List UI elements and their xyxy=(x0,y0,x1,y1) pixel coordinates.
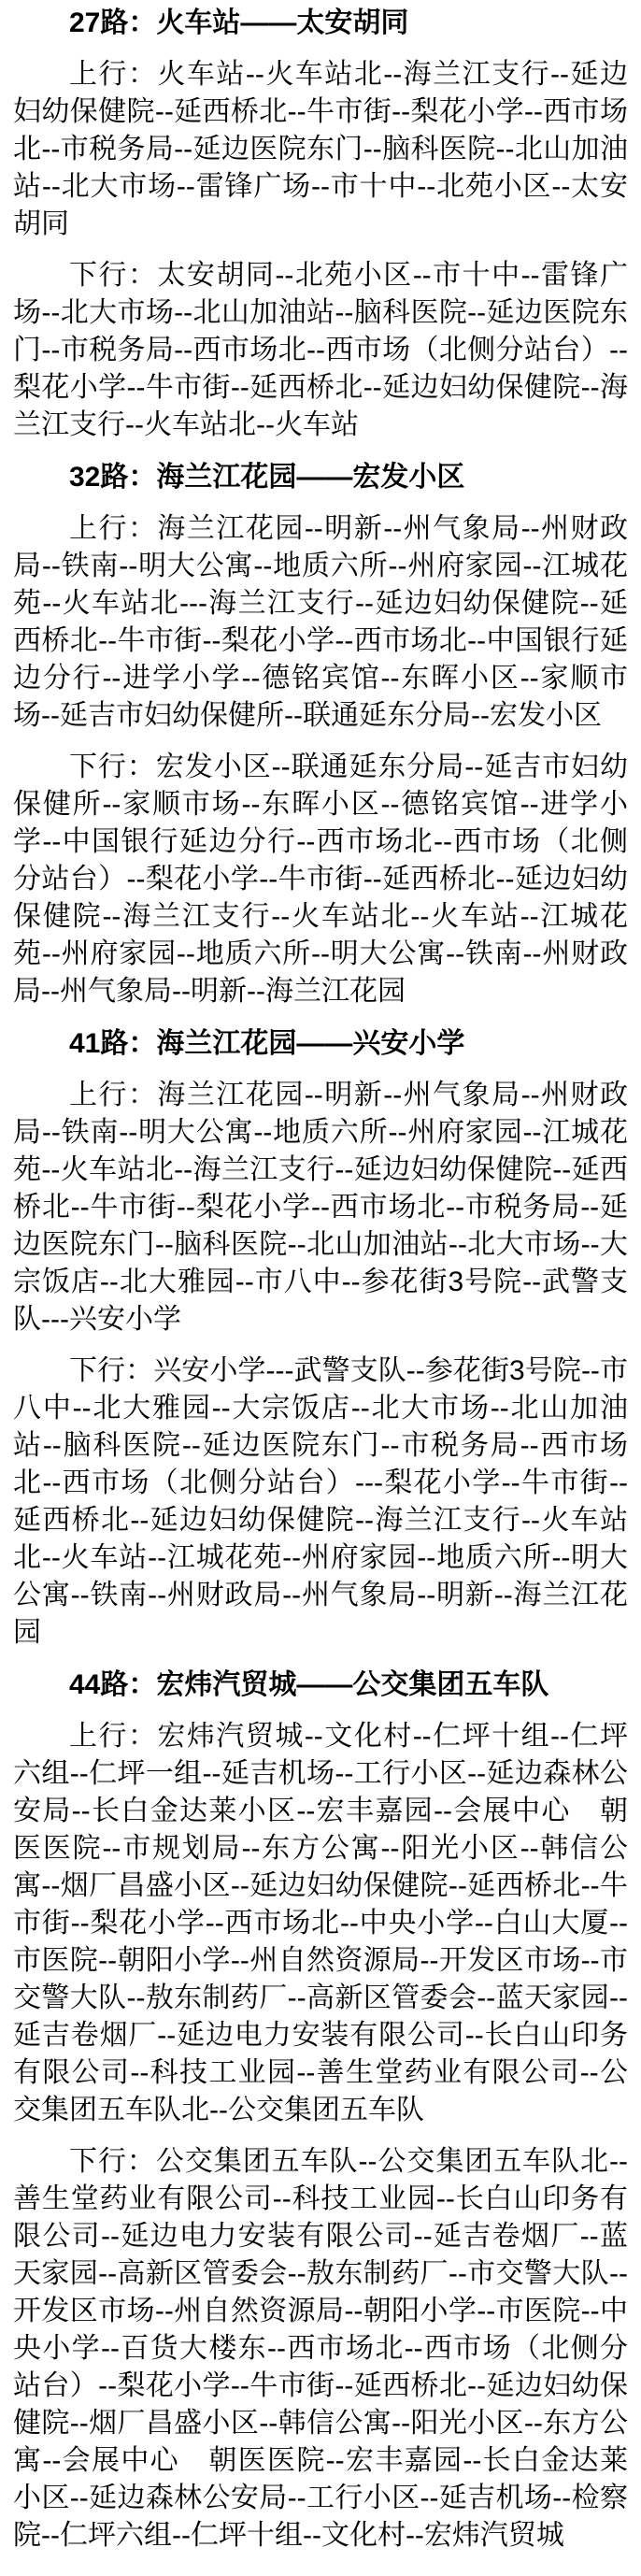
route-section-32: 32路：海兰江花园——宏发小区 上行：海兰江花园--明新--州气象局--州财政局… xyxy=(13,459,628,1010)
route-title-27: 27路：火车站——太安胡同 xyxy=(13,5,628,42)
route-title-41: 41路：海兰江花园——兴安小学 xyxy=(13,1025,628,1063)
bus-route-document: 27路：火车站——太安胡同 上行：火车站--火车站北--海兰江支行--延边妇幼保… xyxy=(0,0,641,2576)
route-section-44: 44路：宏炜汽贸城——公交集团五车队 上行：宏炜汽贸城--文化村--仁坪十组--… xyxy=(13,1667,628,2555)
route-27-up-paragraph: 上行：火车站--火车站北--海兰江支行--延边妇幼保健院--延西桥北--牛市街-… xyxy=(13,56,628,243)
route-section-41: 41路：海兰江花园——兴安小学 上行：海兰江花园--明新--州气象局--州财政局… xyxy=(13,1025,628,1652)
route-title-44: 44路：宏炜汽贸城——公交集团五车队 xyxy=(13,1667,628,1704)
route-32-down-paragraph: 下行：宏发小区--联通延东分局--延吉市妇幼保健所--家顺市场--东晖小区--德… xyxy=(13,749,628,1010)
route-32-up-paragraph: 上行：海兰江花园--明新--州气象局--州财政局--铁南--明大公寓--地质六所… xyxy=(13,510,628,735)
route-title-32: 32路：海兰江花园——宏发小区 xyxy=(13,459,628,496)
route-44-up-paragraph: 上行：宏炜汽贸城--文化村--仁坪十组--仁坪六组--仁坪一组--延吉机场--工… xyxy=(13,1718,628,2129)
route-44-down-paragraph: 下行：公交集团五车队--公交集团五车队北--善生堂药业有限公司--科技工业园--… xyxy=(13,2143,628,2555)
route-41-up-paragraph: 上行：海兰江花园--明新--州气象局--州财政局--铁南--明大公寓--地质六所… xyxy=(13,1077,628,1338)
route-41-down-paragraph: 下行：兴安小学---武警支队--参花街3号院--市八中--北大雅园--大宗饭店-… xyxy=(13,1352,628,1652)
route-27-down-paragraph: 下行：太安胡同--北苑小区--市十中--雷锋广场--北大市场--北山加油站--脑… xyxy=(13,257,628,444)
route-section-27: 27路：火车站——太安胡同 上行：火车站--火车站北--海兰江支行--延边妇幼保… xyxy=(13,5,628,444)
